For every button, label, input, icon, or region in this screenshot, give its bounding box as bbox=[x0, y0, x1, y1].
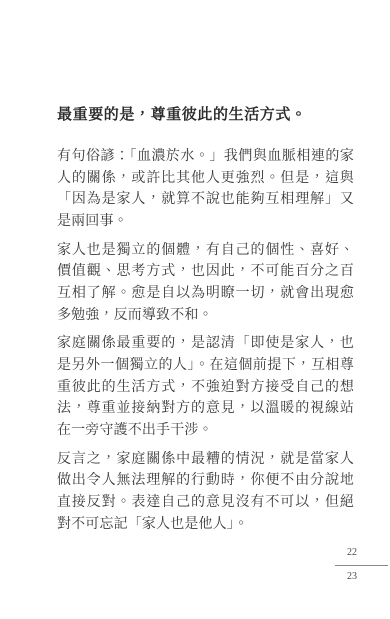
page-number-bottom: 23 bbox=[335, 571, 369, 583]
book-page: { "page": { "heading": "最重要的是，尊重彼此的生活方式。… bbox=[0, 0, 390, 619]
page-number-top: 22 bbox=[335, 547, 369, 559]
page-number-divider bbox=[335, 565, 388, 566]
body-paragraph-1: 有句俗諺：「血濃於水。」我們與血脈相連的家人的關係，或許比其他人更強烈。但是，這… bbox=[57, 146, 354, 233]
body-paragraph-4: 反言之，家庭關係中最糟的情況，就是當家人做出令人無法理解的行動時，你便不由分說地… bbox=[57, 449, 354, 536]
page-number-footer: 22 23 bbox=[335, 547, 388, 583]
body-paragraph-2: 家人也是獨立的個體，有自己的個性、喜好、價值觀、思考方式，也因此，不可能百分之百… bbox=[57, 240, 354, 327]
section-heading: 最重要的是，尊重彼此的生活方式。 bbox=[57, 104, 354, 126]
body-paragraph-3: 家庭關係最重要的，是認清「即使是家人，也是另外一個獨立的人」。在這個前提下，互相… bbox=[57, 333, 354, 442]
page-text-block: 最重要的是，尊重彼此的生活方式。 有句俗諺：「血濃於水。」我們與血脈相連的家人的… bbox=[57, 0, 354, 535]
